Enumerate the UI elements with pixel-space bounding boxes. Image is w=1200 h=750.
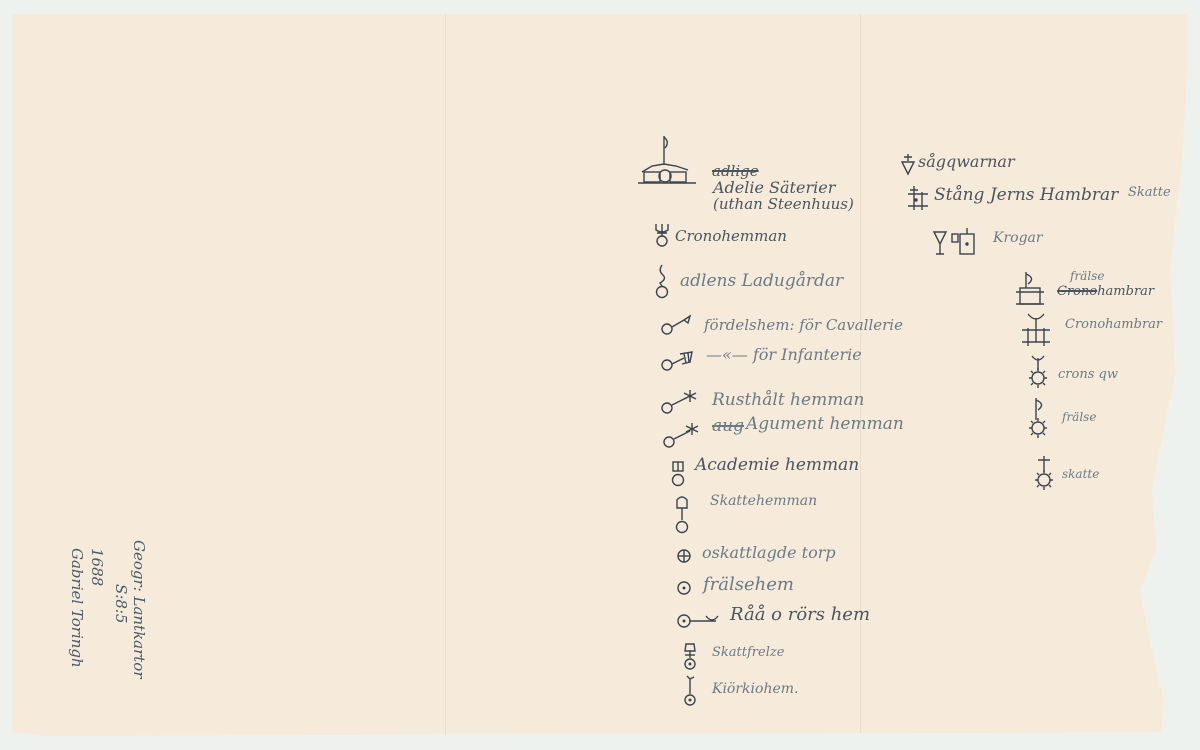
margin-note-year: 1688 — [88, 548, 106, 586]
margin-note-archive: Geogr: Lantkartor — [130, 540, 148, 679]
legend-label: frälsehem — [703, 576, 794, 594]
legend-label: sågqwarnar — [918, 154, 1015, 170]
legend-label: —«— för Infanterie — [706, 347, 862, 363]
legend-label: frälse — [1062, 411, 1096, 423]
fold-line — [445, 14, 446, 736]
noble-farm-icon — [654, 263, 670, 299]
legend-label: Agument hemman — [746, 416, 904, 433]
legend-label: oskattlagde torp — [702, 545, 836, 561]
legend-label: skatte — [1062, 468, 1099, 480]
rusthall-hemman-icon — [660, 388, 700, 416]
legend-label: fördelshem: för Cavallerie — [704, 318, 903, 333]
frälse-hem-icon — [676, 580, 692, 596]
inn-icon — [932, 226, 984, 258]
legend-label: Cronohemman — [675, 229, 787, 244]
augment-hemman-icon — [662, 420, 702, 450]
tax-hemman-icon — [674, 494, 690, 536]
legend-label: hambrar — [1097, 284, 1154, 299]
frälse-hammer-icon — [1014, 270, 1046, 316]
margin-note-shelfmark: S:8:5 — [112, 584, 130, 623]
legend-label: adlens Ladugårdar — [680, 273, 843, 290]
legend-label: Skattehemman — [710, 494, 817, 508]
legend-suffix: Skatte — [1128, 186, 1171, 199]
iron-forge-icon — [906, 184, 930, 212]
legend-label: Adelie Säterier — [713, 180, 835, 196]
crown-mill-icon — [1024, 354, 1052, 390]
struck-word: Crono — [1057, 284, 1097, 299]
legend-label: Råå o rörs hem — [730, 606, 870, 624]
legend-label: Cronohambrar — [1065, 318, 1162, 331]
legend-label: Skattfrelze — [712, 646, 784, 659]
infantry-hemman-icon — [660, 348, 696, 374]
cavalry-hemman-icon — [660, 314, 696, 336]
academy-hemman-icon — [670, 460, 686, 490]
manor-with-flag-icon — [636, 134, 698, 186]
legend-label: Krogar — [993, 231, 1043, 245]
skattfrälse-icon — [682, 642, 698, 672]
legend-label: Stång Jerns Hambrar — [934, 187, 1118, 204]
rå-o-rör-hem-icon — [676, 610, 724, 630]
legend-label: crons qw — [1058, 368, 1118, 381]
church-hem-icon — [682, 674, 698, 708]
legend-label: Academie hemman — [695, 457, 859, 474]
untaxed-croft-icon — [676, 548, 692, 564]
sawmill-icon — [900, 152, 916, 176]
fold-line — [860, 14, 861, 736]
paper-sheet — [12, 14, 1187, 736]
frälse-mill-icon — [1024, 396, 1052, 442]
margin-note-author: Gabriel Toringh — [68, 548, 86, 668]
legend-note: (uthan Steenhuus) — [713, 197, 854, 212]
crown-hammer-icon — [1018, 312, 1054, 348]
legend-label: Rusthålt hemman — [712, 392, 864, 409]
struck-word: aug — [712, 416, 744, 436]
tax-mill-icon — [1030, 454, 1058, 494]
legend-label-top: frälse — [1070, 270, 1104, 282]
crown-hemman-icon — [654, 222, 670, 248]
legend-label: Kiörkiohem. — [712, 682, 798, 696]
